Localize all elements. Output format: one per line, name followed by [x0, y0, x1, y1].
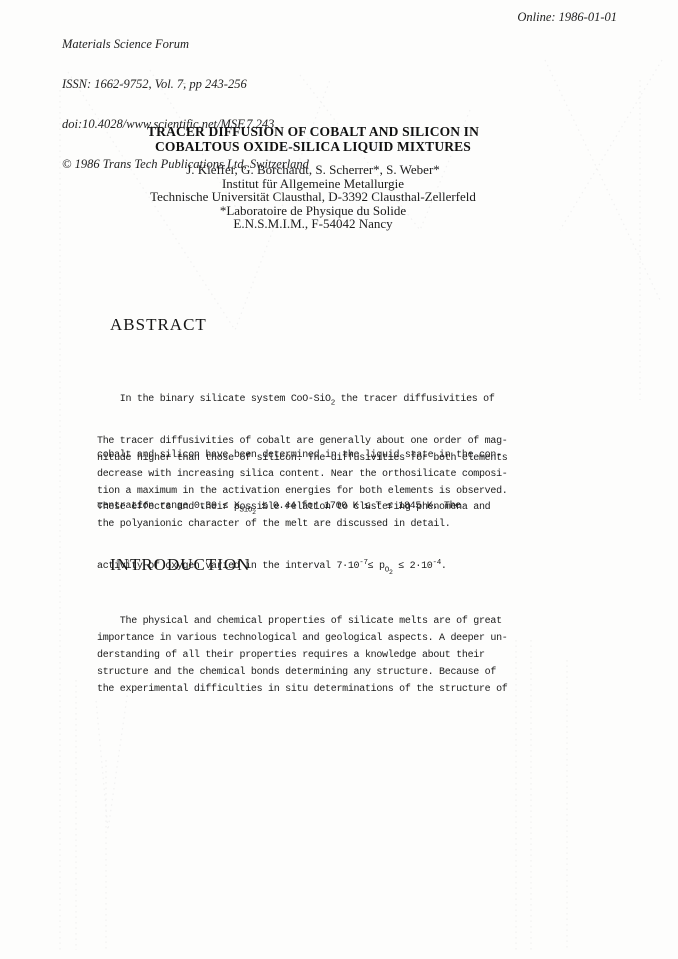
scan-artifact: -- - -: [112, 78, 192, 89]
online-date: Online: 1986-01-01: [517, 11, 617, 24]
paper-page: Materials Science Forum ISSN: 1662-9752,…: [0, 0, 678, 959]
paper-title-line-2: COBALTOUS OXIDE-SILICA LIQUID MIXTURES: [97, 139, 529, 154]
affiliation-ensmim: E.N.S.M.I.M., F-54042 Nancy: [97, 217, 529, 231]
abstract-heading: ABSTRACT: [110, 315, 207, 335]
affiliation-institute: Institut für Allgemeine Metallurgie: [97, 177, 529, 191]
abstract-paragraph-2: The tracer diffusivities of cobalt are g…: [97, 434, 533, 534]
journal-name: Materials Science Forum: [62, 38, 309, 51]
abstract-p1-line-1: In the binary silicate system CoO-SiO2 t…: [97, 391, 533, 413]
authors-line: J. Kieffer, G. Borchardt, S. Scherrer*, …: [97, 163, 529, 177]
paper-title-line-1: TRACER DIFFUSION OF COBALT AND SILICON I…: [97, 124, 529, 139]
affiliation-laboratoire: *Laboratoire de Physique du Solide: [97, 204, 529, 218]
paper-title: TRACER DIFFUSION OF COBALT AND SILICON I…: [97, 124, 529, 154]
introduction-paragraph: The physical and chemical properties of …: [97, 613, 533, 698]
affiliation-university: Technische Universität Clausthal, D-3392…: [97, 190, 529, 204]
introduction-heading: INTRODUCTION: [110, 555, 250, 575]
title-block: TRACER DIFFUSION OF COBALT AND SILICON I…: [97, 124, 529, 231]
